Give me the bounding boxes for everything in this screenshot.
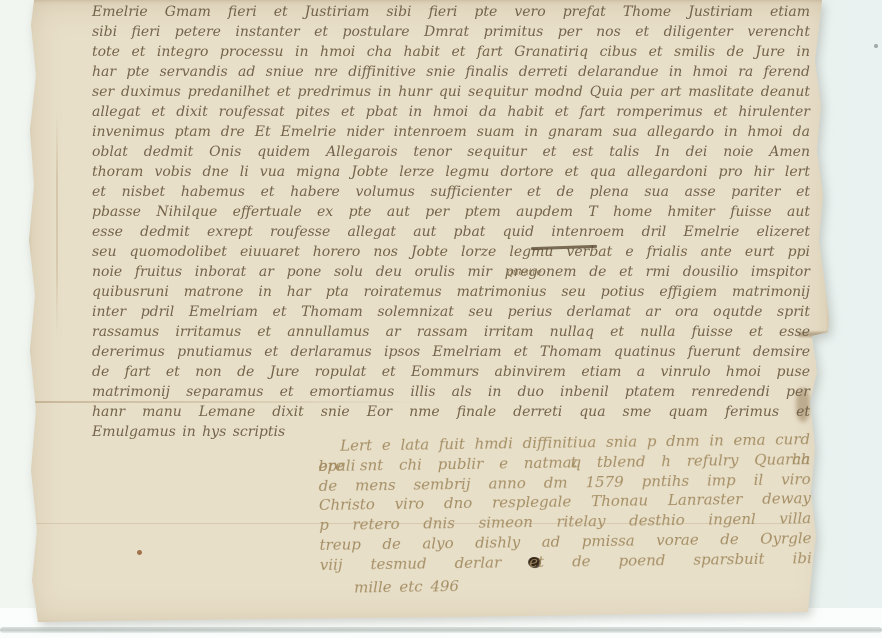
- dust-speck: [874, 44, 878, 48]
- manuscript-line: seu quomodolibet eiuuaret horero nos Job…: [92, 242, 810, 261]
- manuscript-line: oblat dedmit Onis quidem Allegarois teno…: [92, 142, 810, 161]
- manuscript-line: allegat et dixit roufessat pites et pbat…: [92, 102, 810, 121]
- manuscript-line: pbasse Nihilque effertuale ex pte aut pe…: [92, 202, 810, 221]
- scanned-document: Emelrie Gmam fieri et Justiriam sibi fie…: [0, 0, 882, 638]
- manuscript-line: rassamus irritamus et annullamus ar rass…: [92, 322, 810, 341]
- manuscript-line: quibusruni matrone in har pta roiratemus…: [92, 282, 810, 301]
- notarial-addendum-block: Lert e lata fuit hmdi diffinitiua snia p…: [318, 430, 812, 598]
- manuscript-line: invenimus ptam dre Et Emelrie nider inte…: [92, 122, 810, 141]
- scanner-edge-shadow: [0, 627, 882, 633]
- manuscript-line: esse dedmit exrept roufesse allegat aut …: [92, 222, 810, 241]
- manuscript-line: Emelrie Gmam fieri et Justiriam sibi fie…: [92, 2, 810, 21]
- manuscript-line: ser duximus predanilhet et predrimus in …: [92, 82, 810, 101]
- fold-crease-vertical: [56, 112, 58, 336]
- main-text-block: Emelrie Gmam fieri et Justiriam sibi fie…: [92, 2, 810, 442]
- manuscript-line: et nisbet habemus et habere volumus suff…: [92, 182, 810, 201]
- interlinear-insertion: questre: [507, 268, 542, 278]
- manuscript-line: inter pdril Emelriam et Thomam solemniza…: [92, 302, 810, 321]
- paper-sheet: Emelrie Gmam fieri et Justiriam sibi fie…: [28, 0, 830, 624]
- manuscript-line: noie fruitus inborat ar pone solu deu or…: [92, 262, 810, 281]
- addendum-line: mille etc 496: [320, 572, 812, 599]
- manuscript-line: hanr manu Lemane dixit snie Eor nme fina…: [92, 402, 810, 421]
- manuscript-line: matrimonij separamus et emortiamus illis…: [92, 382, 810, 401]
- ink-dot: [137, 550, 142, 555]
- manuscript-line: dererimus pnutiamus et derlaramus ipsos …: [92, 342, 810, 361]
- manuscript-line: sibi fieri petere instanter et postulare…: [92, 22, 810, 41]
- manuscript-line: de fart et non de Jure ropulat et Eommur…: [92, 362, 810, 381]
- manuscript-line: thoram vobis dne li vua migna Jobte lerz…: [92, 162, 810, 181]
- manuscript-line: har pte servandis ad sniue nre diffiniti…: [92, 62, 810, 81]
- manuscript-page: Emelrie Gmam fieri et Justiriam sibi fie…: [28, 0, 830, 624]
- manuscript-line: tote et integro processu in hmoi cha hab…: [92, 42, 810, 61]
